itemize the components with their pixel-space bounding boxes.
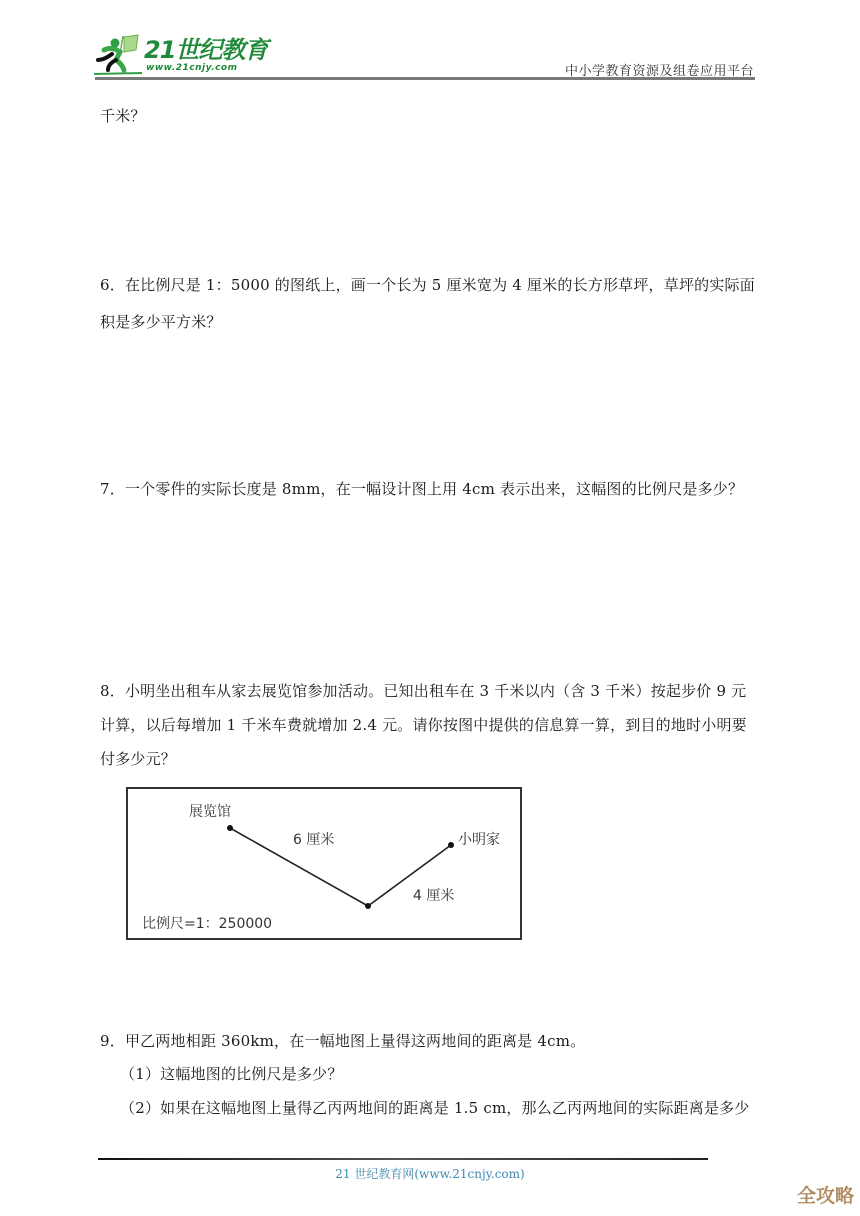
q9-sub-1: （1）这幅地图的比例尺是多少？ (120, 1063, 343, 1084)
footer-link[interactable]: 21 世纪教育网(www.21cnjy.com) (0, 1165, 860, 1182)
q8-line-1: 8．小明坐出租车从家去展览馆参加活动。已知出租车在 3 千米以内（含 3 千米）… (100, 680, 746, 701)
q6-line-2: 积是多少平方米？ (100, 311, 222, 332)
page-header: 21世纪教育 www.21cnjy.com 中小学教育资源及组卷应用平台 (0, 0, 860, 80)
logo-title: 21世纪教育 (144, 36, 267, 64)
header-divider (95, 77, 755, 80)
q5-continuation: 千米？ (100, 105, 146, 126)
footer-divider (98, 1158, 708, 1160)
runner-logo-icon (94, 34, 144, 76)
q6-line-1: 6．在比例尺是 1：5000 的图纸上，画一个长为 5 厘米宽为 4 厘米的长方… (100, 274, 755, 295)
q7-line-1: 7．一个零件的实际长度是 8mm，在一幅设计图上用 4cm 表示出来，这幅图的比… (100, 478, 743, 499)
home-point (448, 842, 454, 848)
site-logo[interactable]: 21世纪教育 www.21cnjy.com (94, 34, 264, 76)
exhibition-hall-point (227, 825, 233, 831)
label-segment-6cm: 6 厘米 (293, 829, 334, 849)
turn-point (365, 903, 371, 909)
q9-sub-2: （2）如果在这幅地图上量得乙丙两地间的距离是 1.5 cm，那么乙丙两地间的实际… (120, 1097, 750, 1118)
label-exhibition-hall: 展览馆 (189, 801, 231, 821)
label-segment-4cm: 4 厘米 (413, 885, 454, 905)
watermark: 全攻略 (797, 1181, 854, 1208)
label-xiaoming-home: 小明家 (458, 829, 500, 849)
label-scale: 比例尺=1：250000 (142, 913, 272, 933)
q8-line-3: 付多少元？ (100, 748, 176, 769)
route-map-figure: 展览馆 小明家 6 厘米 4 厘米 比例尺=1：250000 (126, 787, 522, 940)
q8-line-2: 计算，以后每增加 1 千米车费就增加 2.4 元。请你按图中提供的信息算一算，到… (100, 714, 747, 735)
q9-line-1: 9．甲乙两地相距 360km，在一幅地图上量得这两地间的距离是 4cm。 (100, 1030, 585, 1051)
logo-url: www.21cnjy.com (146, 63, 238, 73)
